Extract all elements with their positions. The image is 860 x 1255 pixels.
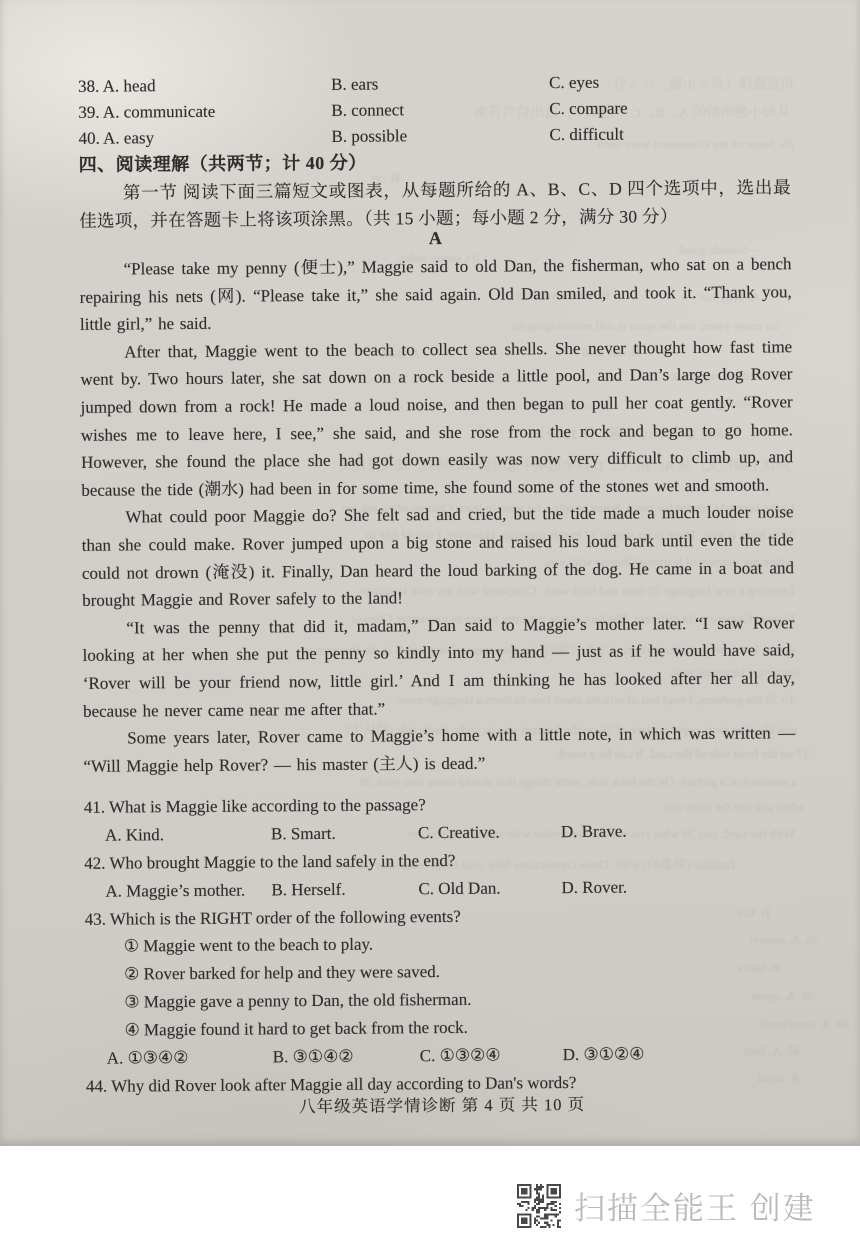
option-38b: B. ears bbox=[331, 71, 378, 97]
q41-option-c: C. Creative. bbox=[418, 818, 500, 847]
passage-paragraph: What could poor Maggie do? She felt sad … bbox=[81, 499, 794, 615]
q42-option-a: A. Maggie’s mother. bbox=[105, 876, 245, 905]
q43-option-b: B. ③①④② bbox=[273, 1043, 354, 1072]
page-content: 38. A. head B. ears C. eyes 39. A. commu… bbox=[77, 0, 798, 1149]
section-heading: 四、阅读理解（共两节；计 40 分） bbox=[79, 149, 367, 177]
q43-option-a: A. ①③④② bbox=[107, 1044, 189, 1073]
q43-option-d: D. ③①②④ bbox=[563, 1040, 645, 1069]
q41-option-a: A. Kind. bbox=[105, 821, 164, 849]
option-39b: B. connect bbox=[331, 97, 404, 123]
camscanner-watermark: 扫描全能王 创建 bbox=[517, 1183, 816, 1228]
passage-paragraph: “Please take my penny (便士),” Maggie said… bbox=[79, 250, 792, 338]
option-40b: B. possible bbox=[331, 123, 407, 149]
q41-option-d: D. Brave. bbox=[561, 817, 627, 845]
question-43-options: A. ①③④② B. ③①④② C. ①③②④ D. ③①②④ bbox=[86, 1039, 798, 1072]
option-38a: 38. A. head bbox=[78, 73, 156, 99]
passage-paragraph: Some years later, Rover came to Maggie’s… bbox=[83, 719, 795, 780]
passage-a: “Please take my penny (便士),” Maggie said… bbox=[79, 250, 795, 780]
qr-code-icon bbox=[517, 1184, 561, 1228]
cloze-options-38-40: 38. A. head B. ears C. eyes 39. A. commu… bbox=[78, 68, 791, 151]
q42-option-d: D. Rover. bbox=[561, 873, 627, 901]
option-40c: C. difficult bbox=[549, 121, 623, 147]
scanned-exam-page: 句意选择（共 5 小题；计 5 分）从每小题所给的 A、B、C 个选项中，选出恰… bbox=[0, 0, 860, 1146]
cloze-row-40: 40. A. easy B. possible C. difficult bbox=[78, 120, 790, 151]
passage-paragraph: After that, Maggie went to the beach to … bbox=[80, 333, 793, 504]
question-41-options: A. Kind. B. Smart. C. Creative. D. Brave… bbox=[84, 816, 796, 849]
q42-option-b: B. Herself. bbox=[271, 875, 345, 903]
question-block: 41. What is Maggie like according to the… bbox=[84, 788, 798, 1100]
passage-label: A bbox=[79, 225, 791, 252]
question-42-options: A. Maggie’s mother. B. Herself. C. Old D… bbox=[84, 872, 796, 905]
option-39a: 39. A. communicate bbox=[78, 99, 215, 126]
q43-option-c: C. ①③②④ bbox=[420, 1042, 501, 1071]
q42-option-c: C. Old Dan. bbox=[418, 874, 500, 903]
camscanner-watermark-text: 扫描全能王 创建 bbox=[574, 1183, 816, 1228]
option-39c: C. compare bbox=[549, 95, 628, 121]
page-footer: 八年级英语学情诊断 第 4 页 共 10 页 bbox=[86, 1089, 798, 1119]
option-40a: 40. A. easy bbox=[78, 125, 154, 151]
q41-option-b: B. Smart. bbox=[271, 820, 336, 848]
passage-paragraph: “It was the penny that did it, madam,” D… bbox=[82, 609, 795, 725]
option-38c: C. eyes bbox=[549, 70, 599, 96]
